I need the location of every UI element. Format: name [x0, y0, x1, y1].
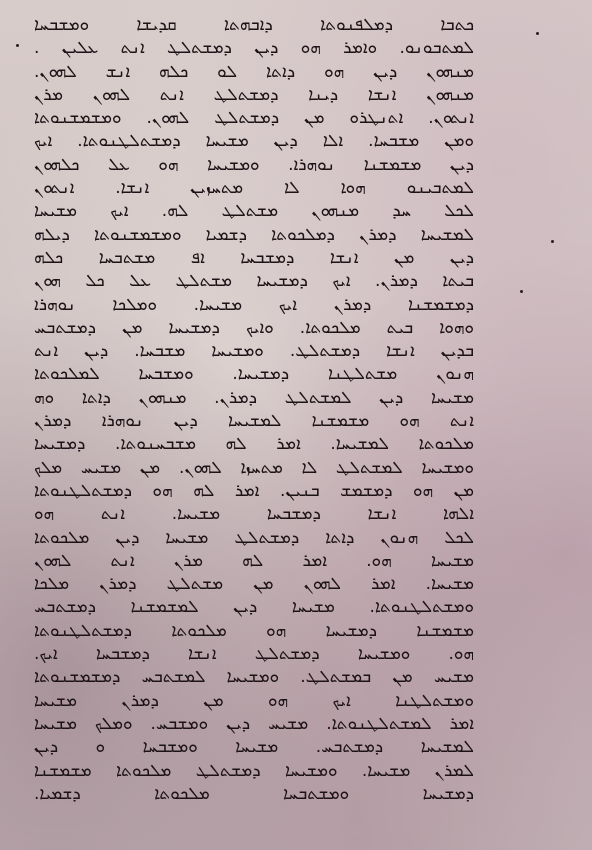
ink-speck: [520, 290, 523, 293]
manuscript-line: ܠܡܪܢ ܡܫܝܚܐ. ܘܡܫܝܚܐ ܕܡܫܬܠܛ ܡܠܟܘܬܐ ܡܫܡܫܢܐ: [34, 760, 474, 783]
manuscript-line: ܐܡܪ ܠܡܫܬܠܛܢܘܬܐ. ܡܫܝܚ ܕܝܢ ܘܡܫܒܚ. ܘܡܠܟ ܡܫܝ…: [34, 713, 474, 736]
manuscript-line: ܡܠܟܘܬܐ ܠܡܫܝܚܐ. ܐܡܪ ܠܗ ܡܫܒܚܢܘܬܐ. ܕܡܫܝܚܐ: [34, 433, 474, 456]
manuscript-line: ܡܢܗܘܢ ܐܢܫܐ ܕܝܢܐ ܕܡܫܬܠܛ ܐܢܬ ܠܗܘܢ ܡܪܢ: [34, 84, 474, 107]
manuscript-line: ܠܟܠ ܚܕ ܡܢܗܘܢ ܡܫܬܠܛ ܠܗ. ܐܝܟ ܡܫܝܚܐ: [34, 200, 474, 223]
text-block: ܟܬܒܐ ܕܡܠܦܢܘܬܐ ܕܐܒܗܬܐ ܩܕܝܫܐ ܘܡܫܒܚܐܠܡܬܒܘܢܘ…: [34, 14, 474, 814]
manuscript-line: ܕܝܢ ܡܢ ܐܢܫܐ ܕܡܫܒܚܐ ܐܦ ܡܫܬܒܚܐ ܟܠܗ: [34, 247, 474, 270]
ink-speck: [16, 44, 19, 47]
manuscript-line: ܡܫܝܚܐ ܕܝܢ ܠܡܫܬܠܛ ܕܡܪܢ. ܡܢܗܘܢ ܕܐܬܐ ܘܗ: [34, 387, 474, 410]
manuscript-folio: ܟܬܒܐ ܕܡܠܦܢܘܬܐ ܕܐܒܗܬܐ ܩܕܝܫܐ ܘܡܫܒܚܐܠܡܬܒܘܢܘ…: [0, 0, 592, 850]
manuscript-line: ܘܡܫܬܠܛܢܘܬܐ. ܡܫܝܚܐ ܕܝܢ ܠܡܫܡܫܢܐ ܕܡܫܬܒܚ: [34, 596, 474, 619]
ink-speck: [536, 32, 539, 35]
manuscript-line: ܡܫܝܚܐ. ܐܡܪ ܠܗܘܢ ܡܢ ܡܫܬܠܛ ܕܡܪܢ ܡܠܟܐ: [34, 573, 474, 596]
manuscript-line: ܠܡܬܒܝܢܘ ܗܘܐ ܠܐ ܡܬܚܙܝܢ ܐܢܫܐ. ܐܢܬܘܢ: [34, 177, 474, 200]
manuscript-line: ܘܗܘܐ ܒܝܬ ܡܠܟܘܬܐ. ܘܐܝܟ ܕܡܫܝܚܐ ܡܢ ܕܡܫܬܒܚ: [34, 317, 474, 340]
manuscript-line: ܠܟܠ ܗܢܘܢ ܕܐܬܐ ܕܡܫܬܠܛ ܡܫܝܚܐ ܕܝܢ ܡܠܟܘܬܐ: [34, 527, 474, 550]
manuscript-line: ܠܡܬܒܘܢܘ. ܘܐܡܪ ܗܘ ܕܝܢ ܕܡܫܬܠܛ ܐܢܬ ܥܠܝܢ .: [34, 37, 474, 60]
manuscript-line: ܠܡܫܝܚܐ ܕܡܪܢ ܕܡܠܟܘܬܐ ܕܫܡܝܐ ܘܡܫܡܫܢܘܬܐ ܕܝܠܗ: [34, 224, 474, 247]
manuscript-line: ܕܡܫܝܚܐ ܘܡܫܬܒܚܐ ܡܠܟܘܬܐ ܕܫܡܝܐ.: [34, 783, 474, 806]
manuscript-line: ܡܫܝܚ ܡܢ ܒܡܫܬܠܛ. ܘܡܫܝܚܐ ܠܡܫܬܒܚ ܕܡܫܡܫܢܘܬܐ: [34, 666, 474, 689]
manuscript-line: ܐܢܬܘܢ. ܐܬܢܛܪܘ ܡܢ ܕܡܫܬܠܛ ܠܗܘܢ. ܘܡܫܡܫܢܘܬܐ: [34, 107, 474, 130]
manuscript-line: ܐܠܗܐ ܐܢܫܐ ܕܡܫܒܚܐ ܡܫܝܚܐ. ܐܢܬ ܗܘ: [34, 503, 474, 526]
manuscript-line: ܕܝܢ ܡܫܡܫܢܐ ܢܘܗܪܐ. ܘܡܫܝܚܐ ܗܘ ܥܠ ܟܠܗܘܢ: [34, 154, 474, 177]
manuscript-line: ܘܡܫܝܚܐ ܠܡܫܬܠܛ ܠܐ ܡܬܚܙܐ ܠܗܘܢ. ܡܢ ܡܫܝܚ ܡܠܟ: [34, 457, 474, 480]
manuscript-line: ܡܫܝܚܐ ܗܘ. ܐܡܪ ܠܗ ܡܪܢ ܐܢܬ ܠܗܘܢ: [34, 550, 474, 573]
manuscript-line: ܒܕܝܢ ܐܢܫܐ ܕܡܫܬܠܛ. ܘܡܫܝܚܐ ܡܫܒܚܐ. ܕܝܢ ܐܢܬ: [34, 340, 474, 363]
manuscript-line: ܟܬܒܐ ܕܡܠܦܢܘܬܐ ܕܐܒܗܬܐ ܩܕܝܫܐ ܘܡܫܒܚܐ: [34, 14, 474, 37]
manuscript-line: ܡܢܗܘܢ ܕܝܢ ܗܘ ܕܐܬܐ ܠܘ ܟܠܗ ܐܢܫ ܠܗܘܢ.: [34, 61, 474, 84]
manuscript-line: ܡܫܡܫܢܐ ܕܡܫܝܚܐ ܗܘ ܡܠܟܘܬܐ ܕܡܫܬܠܛܢܘܬܐ: [34, 620, 474, 643]
ink-speck: [551, 240, 554, 243]
manuscript-line: ܘܡܫܬܠܛܢܐ ܐܝܟ ܗܘ ܡܢ ܕܡܪܢ ܡܫܝܚܐ: [34, 690, 474, 713]
manuscript-line: ܗܢܘܢ ܡܫܬܠܛܢܐ ܕܡܫܝܚܐ. ܘܡܫܒܚܐ ܠܡܠܟܘܬܐ: [34, 363, 474, 386]
manuscript-line: ܕܡܫܡܫܢܐ ܕܡܪܢ ܐܝܟ ܡܫܝܚܐ. ܘܡܠܟܐ ܢܘܗܪܐ: [34, 294, 474, 317]
manuscript-line: ܘܡܢ ܡܫܒܚܐ. ܐܠܐ ܕܝܢ ܡܫܝܚܐ ܕܡܫܬܠܛܢܘܬܐ. ܐܝܟ: [34, 130, 474, 153]
manuscript-line: ܠܡܫܝܚܐ ܕܡܫܬܒܚ. ܡܫܝܚܐ ܘܡܫܒܚܐ ܘ ܕܝܢ: [34, 736, 474, 759]
manuscript-line: ܗܘ. ܘܡܫܝܚܐ ܕܡܫܬܠܛ ܐܢܫܐ ܕܡܫܒܚܐ ܐܝܟ.: [34, 643, 474, 666]
manuscript-line: ܡܢ ܗܘ ܕܡܫܡܫ ܒܢܝܢ. ܐܡܪ ܠܗ ܗܘ ܕܡܫܬܠܛܢܘܬܐ: [34, 480, 474, 503]
manuscript-line: ܐܢܬ ܗܘ ܡܫܡܫܢܐ ܠܡܫܝܚܐ ܕܝܢ ܢܘܗܪܐ ܕܡܪܢ: [34, 410, 474, 433]
manuscript-line: ܒܝܬܐ ܕܡܪܢ. ܐܝܟ ܕܡܫܝܚܐ ܡܫܬܠܛ ܥܠ ܟܠ ܗܘܢ: [34, 270, 474, 293]
